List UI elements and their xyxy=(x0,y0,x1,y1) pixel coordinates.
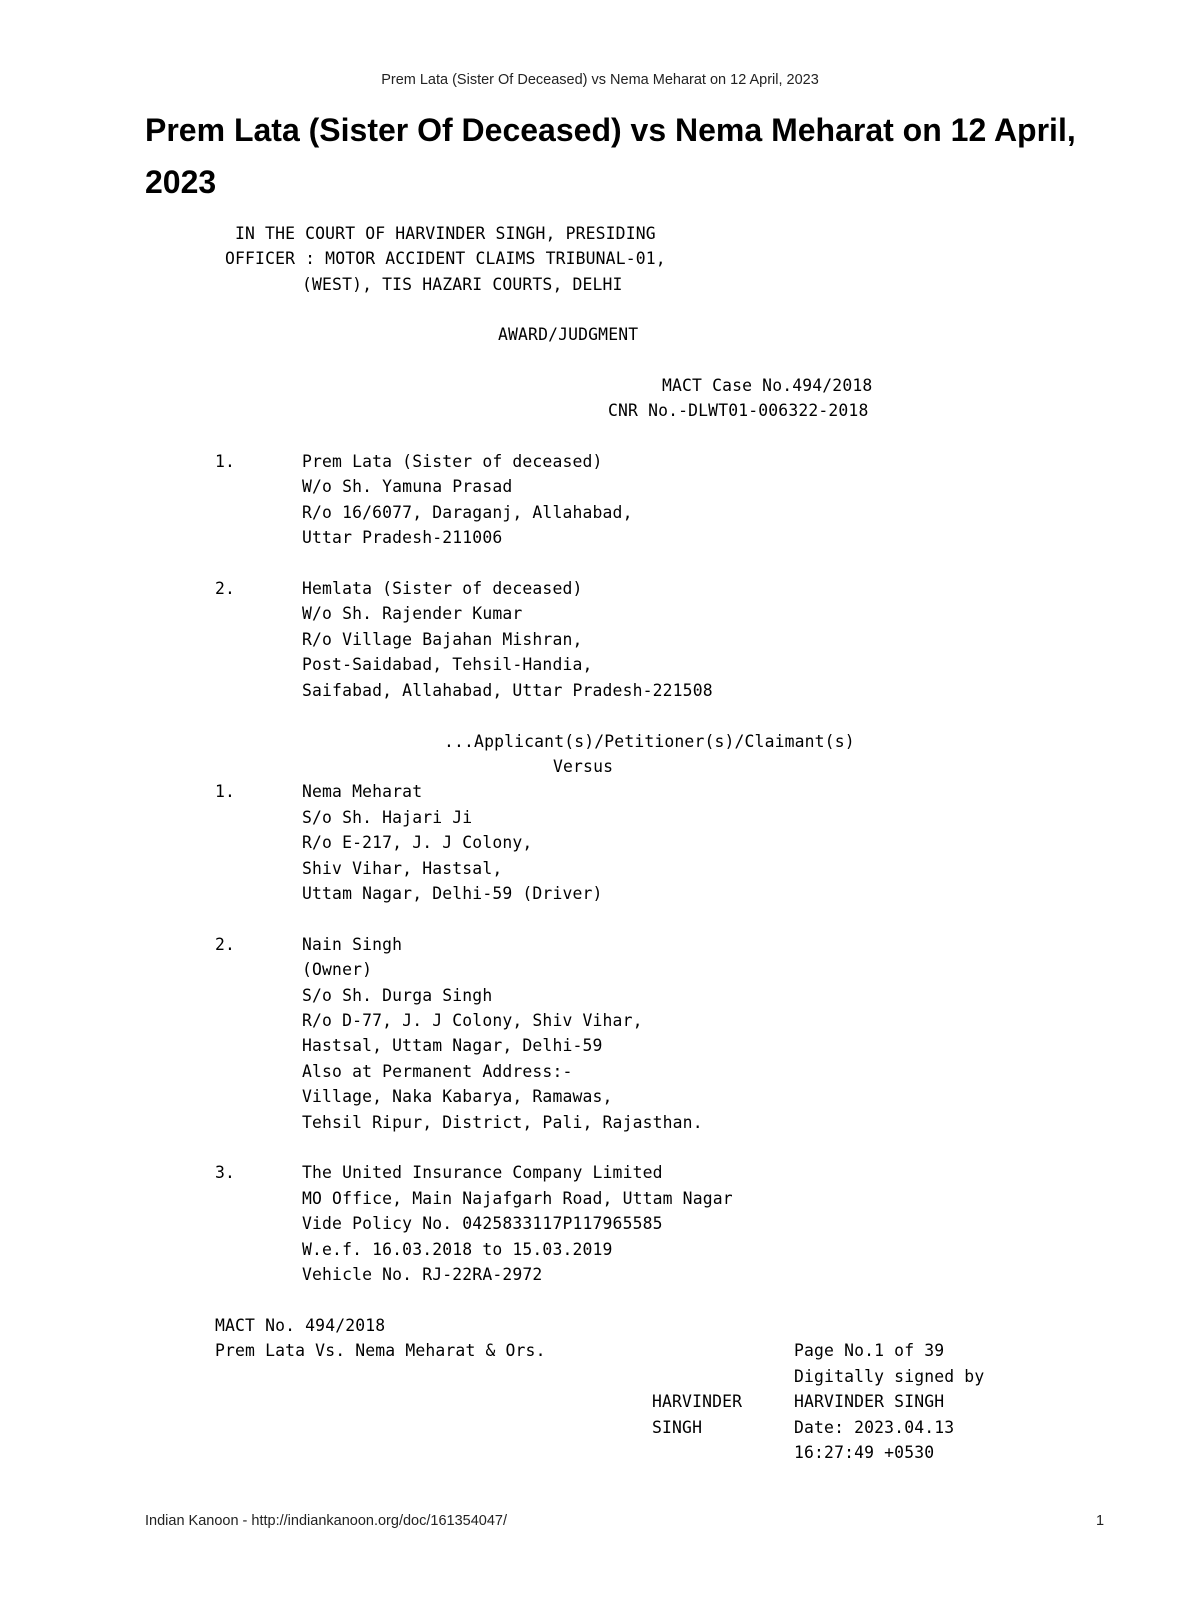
respondent-line: Nema Meharat xyxy=(302,779,422,804)
case-parties: Prem Lata Vs. Nema Meharat & Ors. xyxy=(215,1338,546,1363)
respondent-line: Nain Singh xyxy=(302,932,402,957)
signature-line: Date: 2023.04.13 xyxy=(794,1415,954,1440)
respondent-line: The United Insurance Company Limited xyxy=(302,1160,663,1185)
respondent-line: Vide Policy No. 0425833117P117965585 xyxy=(302,1211,663,1236)
document-title: Prem Lata (Sister Of Deceased) vs Nema M… xyxy=(145,104,1125,208)
respondent-line: Vehicle No. RJ-22RA-2972 xyxy=(302,1262,542,1287)
mact-number: MACT No. 494/2018 xyxy=(215,1313,385,1338)
entry-number: 2. xyxy=(215,576,235,601)
running-header: Prem Lata (Sister Of Deceased) vs Nema M… xyxy=(0,72,1200,88)
respondent-line: Also at Permanent Address:- xyxy=(302,1059,573,1084)
entry-number: 2. xyxy=(215,932,235,957)
court-heading-line: OFFICER : MOTOR ACCIDENT CLAIMS TRIBUNAL… xyxy=(225,246,666,271)
entry-number: 1. xyxy=(215,449,235,474)
respondent-line: W.e.f. 16.03.2018 to 15.03.2019 xyxy=(302,1237,613,1262)
signer-name: HARVINDER xyxy=(652,1389,742,1414)
respondent-line: Village, Naka Kabarya, Ramawas, xyxy=(302,1084,613,1109)
case-number: MACT Case No.494/2018 xyxy=(662,373,872,398)
respondent-line: S/o Sh. Hajari Ji xyxy=(302,805,472,830)
applicant-line: Post-Saidabad, Tehsil-Handia, xyxy=(302,652,593,677)
respondent-line: Hastsal, Uttam Nagar, Delhi-59 xyxy=(302,1033,603,1058)
respondent-line: MO Office, Main Najafgarh Road, Uttam Na… xyxy=(302,1186,733,1211)
applicant-line: Hemlata (Sister of deceased) xyxy=(302,576,583,601)
signature-line: Digitally signed by xyxy=(794,1364,984,1389)
respondent-line: S/o Sh. Durga Singh xyxy=(302,983,492,1008)
respondent-line: R/o E-217, J. J Colony, xyxy=(302,830,532,855)
applicant-line: R/o Village Bajahan Mishran, xyxy=(302,627,583,652)
applicant-line: Prem Lata (Sister of deceased) xyxy=(302,449,603,474)
award-label: AWARD/JUDGMENT xyxy=(498,322,638,347)
source-link[interactable]: Indian Kanoon - http://indiankanoon.org/… xyxy=(145,1513,507,1529)
entry-number: 1. xyxy=(215,779,235,804)
respondent-line: Shiv Vihar, Hastsal, xyxy=(302,856,502,881)
applicant-line: W/o Sh. Rajender Kumar xyxy=(302,601,522,626)
applicant-line: Saifabad, Allahabad, Uttar Pradesh-22150… xyxy=(302,678,713,703)
signer-name: SINGH xyxy=(652,1415,702,1440)
respondent-line: Uttam Nagar, Delhi-59 (Driver) xyxy=(302,881,603,906)
signature-line: 16:27:49 +0530 xyxy=(794,1440,934,1465)
page-number-label: Page No.1 of 39 xyxy=(794,1338,944,1363)
signature-line: HARVINDER SINGH xyxy=(794,1389,944,1414)
applicant-line: R/o 16/6077, Daraganj, Allahabad, xyxy=(302,500,633,525)
respondent-line: R/o D-77, J. J Colony, Shiv Vihar, xyxy=(302,1008,643,1033)
respondent-line: Tehsil Ripur, District, Pali, Rajasthan. xyxy=(302,1110,703,1135)
versus-label: Versus xyxy=(553,754,613,779)
applicant-line: Uttar Pradesh-211006 xyxy=(302,525,502,550)
respondent-line: (Owner) xyxy=(302,957,372,982)
page-number: 1 xyxy=(1096,1513,1104,1529)
applicants-label: ...Applicant(s)/Petitioner(s)/Claimant(s… xyxy=(444,729,855,754)
court-heading-line: (WEST), TIS HAZARI COURTS, DELHI xyxy=(302,272,623,297)
court-heading-line: IN THE COURT OF HARVINDER SINGH, PRESIDI… xyxy=(235,221,656,246)
applicant-line: W/o Sh. Yamuna Prasad xyxy=(302,474,512,499)
cnr-number: CNR No.-DLWT01-006322-2018 xyxy=(608,398,868,423)
entry-number: 3. xyxy=(215,1160,235,1185)
